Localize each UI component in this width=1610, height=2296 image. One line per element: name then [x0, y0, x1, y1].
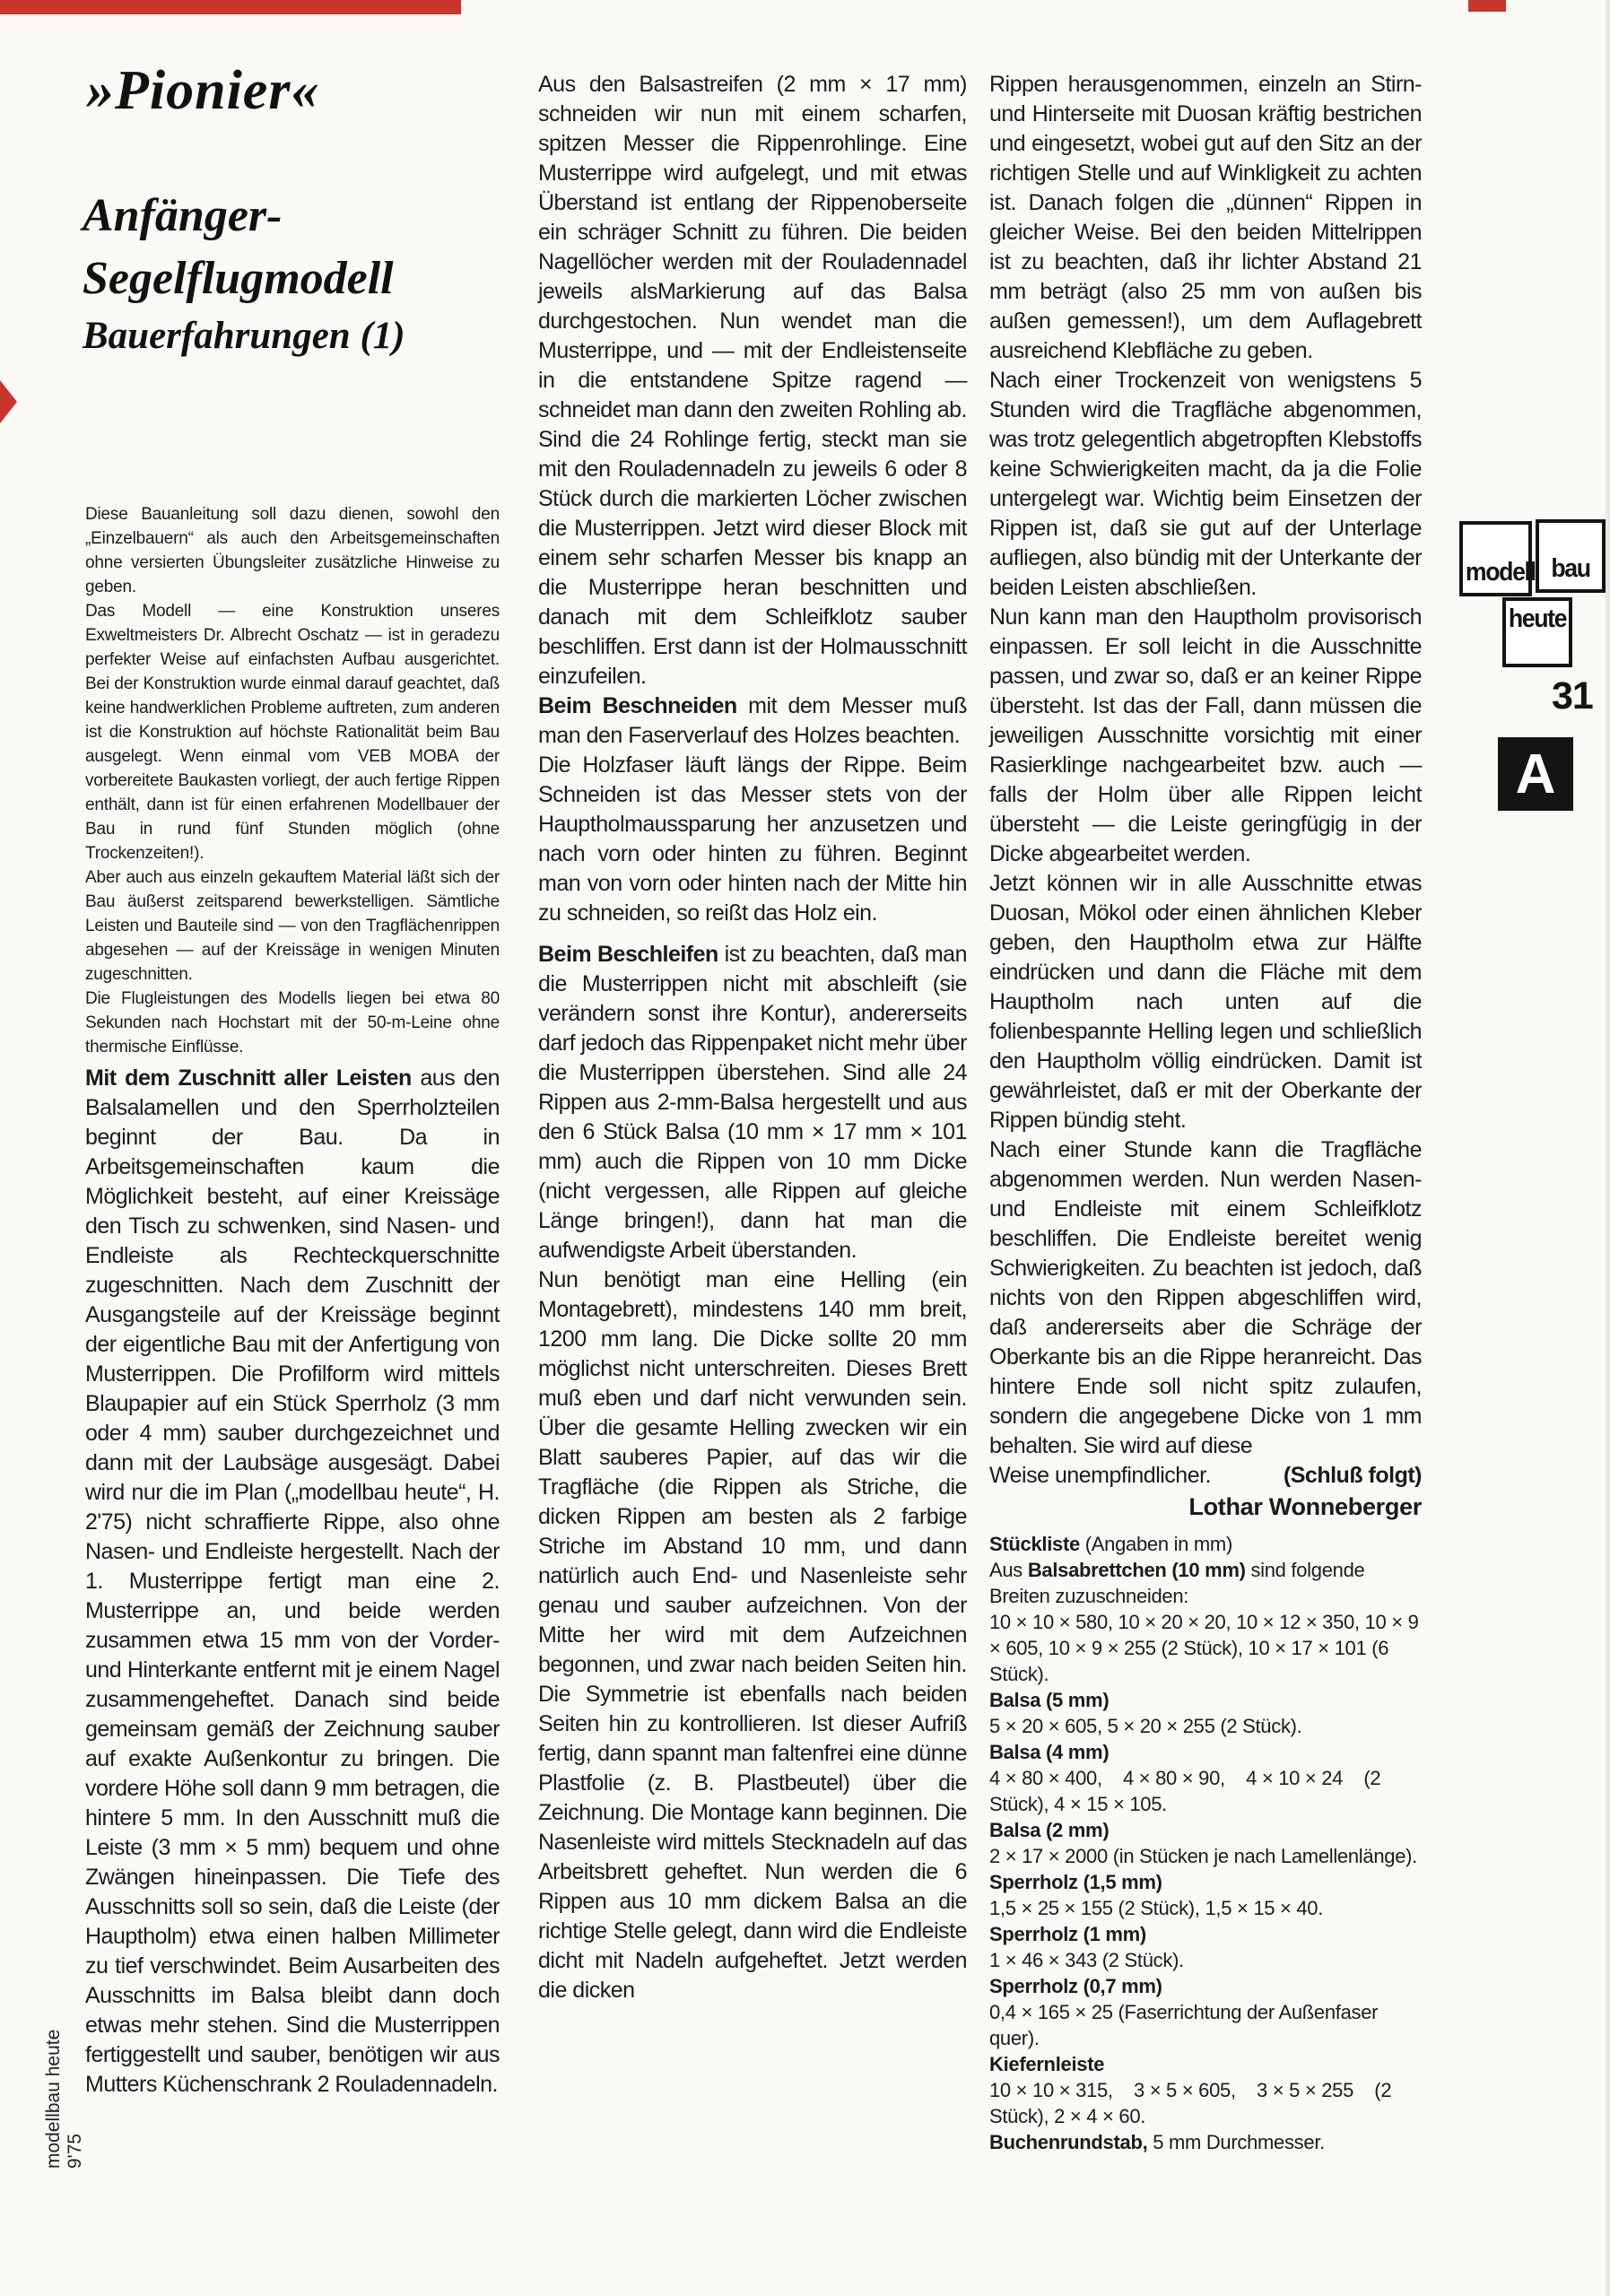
text-run: Kiefernleiste — [989, 2053, 1104, 2075]
text-run: Stückliste — [989, 1533, 1080, 1555]
right-column: Rippen herausgenommen, einzeln an Stirn-… — [989, 70, 1422, 2155]
subtitle-line-1: Anfänger- — [83, 185, 394, 248]
text-run: Beim Beschneiden — [538, 693, 737, 718]
paragraph: Nun benötigt man eine Helling (ein Monta… — [538, 1265, 967, 2005]
text-run: 10 × 10 × 580, 10 × 20 × 20, 10 × 12 × 3… — [989, 1611, 1423, 1685]
paragraph: Nun kann man den Hauptholm provisorisch … — [989, 603, 1422, 869]
paragraph: Sperrholz (0,7 mm) — [989, 1973, 1422, 1999]
paragraph: Aber auch aus einzeln gekauftem Material… — [85, 865, 500, 987]
paragraph: 1,5 × 25 × 155 (2 Stück), 1,5 × 15 × 40. — [989, 1895, 1422, 1921]
paragraph: Stückliste (Angaben in mm) — [989, 1531, 1422, 1557]
text-run: Sperrholz (1,5 mm) — [989, 1871, 1162, 1893]
paragraph: Aus den Balsastreifen (2 mm × 17 mm) sch… — [538, 70, 967, 691]
logo-square-bau: bau — [1536, 519, 1606, 593]
text-run: Balsa (5 mm) — [989, 1689, 1109, 1711]
text-run: Das Modell — eine Konstruktion unseres E… — [85, 602, 500, 863]
logo-word-heute: heute — [1509, 604, 1566, 634]
paragraph: 4 × 80 × 400, 4 × 80 × 90, 4 × 10 × 24 (… — [989, 1765, 1422, 1817]
text-run: 1,5 × 25 × 155 (2 Stück), 1,5 × 15 × 40. — [989, 1897, 1323, 1919]
text-run: Sperrholz (1 mm) — [989, 1923, 1146, 1945]
text-run: 0,4 × 165 × 25 (Faserrichtung der Außenf… — [989, 2001, 1383, 2049]
text-run: Mit dem Zuschnitt aller Leisten — [85, 1065, 412, 1091]
paragraph: Die Flugleistungen des Modells liegen be… — [85, 987, 500, 1059]
article-title: »Pionier« — [86, 59, 319, 123]
paragraph: Nach einer Stunde kann die Tragfläche ab… — [989, 1135, 1422, 1461]
left-column-body: Mit dem Zuschnitt aller Leisten aus den … — [85, 1064, 500, 2100]
section-marker-a: A — [1498, 737, 1573, 811]
text-run: 1 × 46 × 343 (2 Stück). — [989, 1949, 1184, 1971]
paragraph: Balsa (4 mm) — [989, 1739, 1422, 1765]
paragraph: Sperrholz (1,5 mm) — [989, 1869, 1422, 1895]
red-arrow-marker — [0, 380, 17, 423]
paragraph: Beim Beschleifen ist zu beachten, daß ma… — [538, 940, 967, 1265]
paragraph: Balsa (2 mm) — [989, 1817, 1422, 1843]
text-run: Sperrholz (0,7 mm) — [989, 1975, 1162, 1997]
text-run: Balsa (4 mm) — [989, 1741, 1109, 1763]
red-corner-mark — [1468, 0, 1506, 12]
closing-text: Weise unempfindlicher. — [989, 1461, 1211, 1491]
text-run: Aber auch aus einzeln gekauftem Material… — [85, 868, 500, 984]
text-run: Diese Bauanleitung soll dazu dienen, sow… — [85, 505, 500, 596]
paragraph: Aus Balsabrettchen (10 mm) sind folgende… — [989, 1557, 1422, 1609]
paragraph: Das Modell — eine Konstruktion unseres E… — [85, 599, 500, 865]
middle-column: Aus den Balsastreifen (2 mm × 17 mm) sch… — [538, 70, 967, 2005]
closing-line: Weise unempfindlicher. (Schluß folgt) — [989, 1461, 1422, 1491]
author-byline: Lothar Wonneberger — [989, 1492, 1422, 1522]
logo-word-modell: modell — [1466, 558, 1526, 587]
page-number: 31 — [1552, 674, 1593, 718]
paragraph: 5 × 20 × 605, 5 × 20 × 255 (2 Stück). — [989, 1713, 1422, 1739]
text-run: Aus den Balsastreifen (2 mm × 17 mm) sch… — [538, 72, 967, 689]
text-run: 5 mm Durchmesser. — [1147, 2131, 1325, 2153]
text-run: Beim Beschleifen — [538, 942, 718, 967]
paragraph: Nach einer Trockenzeit von wenigstens 5 … — [989, 366, 1422, 603]
logo-word-bau: bau — [1542, 554, 1599, 584]
text-run: Balsa (2 mm) — [989, 1819, 1109, 1841]
text-run: Rippen herausgenommen, einzeln an Stirn-… — [989, 72, 1422, 363]
paragraph: Jetzt können wir in alle Ausschnitte etw… — [989, 869, 1422, 1135]
article-subtitle: Anfänger- Segelflugmodell — [83, 185, 394, 310]
paragraph: Die Holzfaser läuft längs der Rippe. Bei… — [538, 751, 967, 928]
logo-square-modell: modell — [1459, 521, 1532, 596]
paragraph: Mit dem Zuschnitt aller Leisten aus den … — [85, 1064, 500, 2100]
text-run: Nun benötigt man eine Helling (ein Monta… — [538, 1267, 967, 2003]
paragraph: Beim Beschneiden mit dem Messer muß man … — [538, 691, 967, 751]
article-series-title: Bauerfahrungen (1) — [83, 314, 405, 358]
text-run: Nach einer Trockenzeit von wenigstens 5 … — [989, 368, 1422, 600]
paragraph: Sperrholz (1 mm) — [989, 1921, 1422, 1947]
text-run: Die Holzfaser läuft längs der Rippe. Bei… — [538, 752, 967, 926]
text-run: ist zu beachten, daß man die Musterrippe… — [538, 942, 967, 1263]
right-column-body: Rippen herausgenommen, einzeln an Stirn-… — [989, 70, 1422, 1461]
text-run: aus den Balsalamellen und den Sperrholzt… — [85, 1065, 500, 2097]
text-run: Nun kann man den Hauptholm provisorisch … — [989, 604, 1422, 866]
text-run: Aus — [989, 1559, 1028, 1581]
logo-square-heute: heute — [1502, 597, 1572, 667]
text-run: 2 × 17 × 2000 (in Stücken je nach Lamell… — [989, 1845, 1417, 1867]
paragraph: Diese Bauanleitung soll dazu dienen, sow… — [85, 502, 500, 599]
left-column-intro: Diese Bauanleitung soll dazu dienen, sow… — [85, 502, 500, 1059]
page-edge-shadow — [1606, 0, 1610, 2296]
paragraph: 1 × 46 × 343 (2 Stück). — [989, 1947, 1422, 1973]
text-run: Buchenrundstab, — [989, 2131, 1147, 2153]
paragraph: 10 × 10 × 580, 10 × 20 × 20, 10 × 12 × 3… — [989, 1609, 1422, 1687]
text-run: 5 × 20 × 605, 5 × 20 × 255 (2 Stück). — [989, 1715, 1302, 1737]
magazine-page: { "page": {"background": "#faf9f5", "ink… — [0, 0, 1610, 2296]
paragraph: Buchenrundstab, 5 mm Durchmesser. — [989, 2129, 1422, 2155]
to-be-continued-note: (Schluß folgt) — [1284, 1461, 1422, 1491]
paragraph: 2 × 17 × 2000 (in Stücken je nach Lamell… — [989, 1843, 1422, 1869]
text-run: Balsabrettchen (10 mm) — [1028, 1559, 1246, 1581]
text-run: 10 × 10 × 315, 3 × 5 × 605, 3 × 5 × 255 … — [989, 2079, 1397, 2127]
paragraph: Balsa (5 mm) — [989, 1687, 1422, 1713]
paragraph: 10 × 10 × 315, 3 × 5 × 605, 3 × 5 × 255 … — [989, 2077, 1422, 2129]
text-run: Jetzt können wir in alle Ausschnitte etw… — [989, 871, 1422, 1133]
text-run: Die Flugleistungen des Modells liegen be… — [85, 989, 500, 1057]
text-run: Nach einer Stunde kann die Tragfläche ab… — [989, 1137, 1422, 1458]
text-run: 4 × 80 × 400, 4 × 80 × 90, 4 × 10 × 24 (… — [989, 1767, 1386, 1815]
text-run: (Angaben in mm) — [1080, 1533, 1232, 1555]
spine-text: modellbau heute 9'75 — [43, 2007, 86, 2169]
paragraph: Rippen herausgenommen, einzeln an Stirn-… — [989, 70, 1422, 366]
paragraph: Kiefernleiste — [989, 2051, 1422, 2077]
subtitle-line-2: Segelflugmodell — [83, 248, 394, 310]
red-top-bar — [0, 0, 461, 14]
parts-list: Stückliste (Angaben in mm)Aus Balsabrett… — [989, 1531, 1422, 2155]
section-letter: A — [1516, 743, 1556, 806]
paragraph: 0,4 × 165 × 25 (Faserrichtung der Außenf… — [989, 1999, 1422, 2051]
